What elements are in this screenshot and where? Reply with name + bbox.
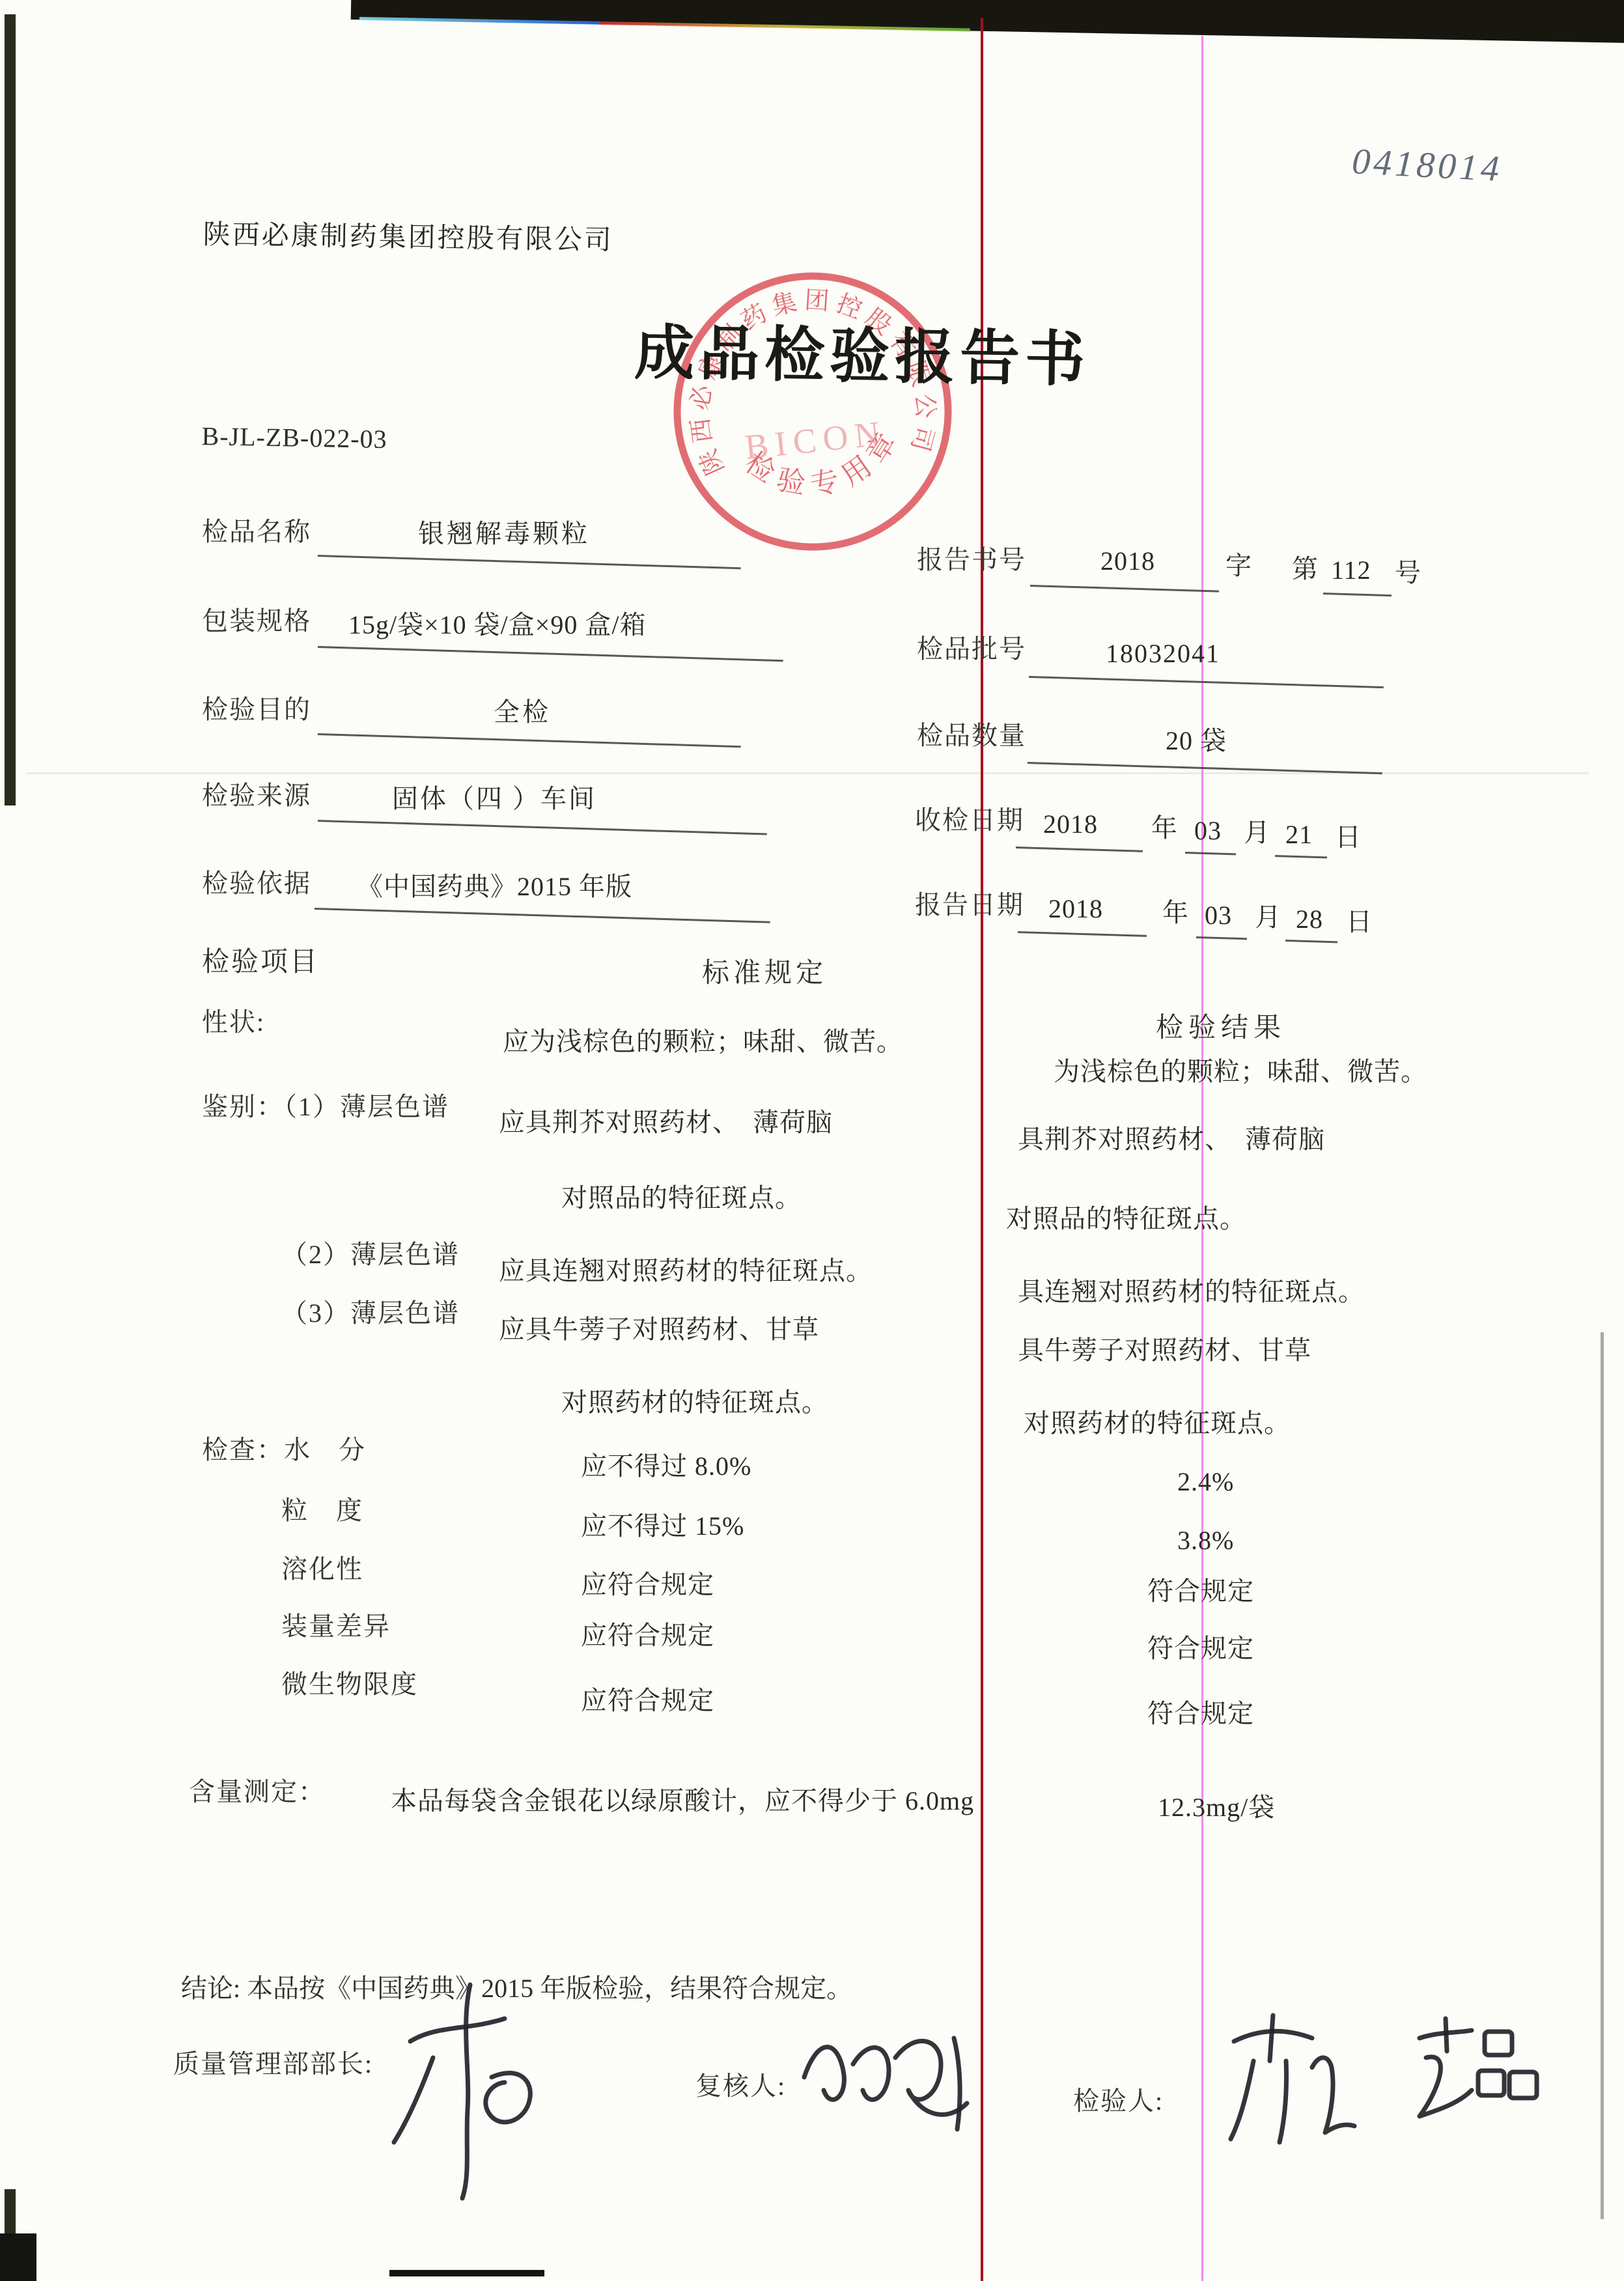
underline: [1323, 593, 1392, 596]
report-no-num: 112: [1331, 556, 1371, 585]
row-item: 粒 度: [281, 1496, 363, 1525]
field-label-pack-spec: 包装规格: [202, 607, 311, 636]
row-std: 应具牛蒡子对照药材、甘草: [499, 1315, 819, 1344]
row-result: 3.8%: [1177, 1526, 1234, 1555]
company-name: 陕西必康制药集团控股有限公司: [203, 220, 613, 256]
field-value-quantity: 20 袋: [1166, 727, 1227, 755]
reported-y: 年: [1162, 899, 1189, 927]
row-std: 应符合规定: [581, 1621, 714, 1650]
underline: [1185, 852, 1236, 855]
qm-director-label: 质量管理部部长:: [173, 2050, 373, 2078]
row-result-line2: 对照品的特征斑点。: [1006, 1205, 1246, 1233]
row-std-line2: 对照品的特征斑点。: [561, 1184, 802, 1212]
received-month: 03: [1194, 817, 1222, 845]
field-label-sample-name: 检品名称: [202, 518, 311, 546]
row-item: 微生物限度: [281, 1670, 418, 1699]
field-value-batch-no: 18032041: [1106, 639, 1220, 668]
handwritten-number: 0418014: [1351, 142, 1504, 190]
underline: [318, 733, 741, 748]
underline: [1285, 940, 1337, 943]
row-std: 应不得过 15%: [581, 1512, 744, 1541]
field-label-test-source: 检验来源: [202, 781, 311, 810]
scan-magenta-streak-line: [1201, 36, 1203, 2281]
scan-bottom-center-mark: [389, 2270, 544, 2276]
received-m: 月: [1244, 819, 1270, 847]
field-label-report-no: 报告书号: [917, 546, 1026, 574]
row-item: 溶化性: [281, 1555, 363, 1584]
field-value-test-source: 固体（四 ）车间: [392, 785, 596, 813]
underline: [1018, 931, 1147, 937]
row-item: 含量测定：: [189, 1778, 326, 1806]
row-result-line2: 对照药材的特征斑点。: [1024, 1409, 1291, 1438]
field-label-received-date: 收检日期: [915, 806, 1024, 835]
table-header-standard: 标准规定: [702, 959, 827, 988]
inspector-label: 检验人:: [1073, 2087, 1164, 2116]
scan-bottom-left-corner-mark: [0, 2233, 36, 2281]
reported-day: 28: [1296, 905, 1323, 934]
row-result: 符合规定: [1147, 1634, 1254, 1663]
report-no-hao: 号: [1395, 559, 1421, 587]
doc-code: B-JL-ZB-022-03: [201, 422, 387, 454]
row-result: 2.4%: [1177, 1468, 1234, 1496]
row-std: 应符合规定: [581, 1571, 714, 1599]
inspection-stamp: 陕西必康制药集团控股有限公司 BICON 检验专用章: [648, 247, 977, 576]
reported-year: 2018: [1048, 895, 1103, 923]
row-std: 应符合规定: [581, 1686, 714, 1715]
row-result: 为浅棕色的颗粒；味甜、微苦。: [1054, 1057, 1427, 1086]
field-label-test-purpose: 检验目的: [202, 695, 311, 724]
row-result: 12.3mg/袋: [1158, 1793, 1275, 1822]
row-result: 具牛蒡子对照药材、甘草: [1018, 1336, 1311, 1365]
row-item: 装量差异: [281, 1612, 391, 1641]
received-d: 日: [1335, 823, 1362, 852]
field-label-quantity: 检品数量: [917, 721, 1026, 750]
table-header-result: 检验结果: [1156, 1013, 1286, 1043]
row-std: 应不得过 8.0%: [581, 1452, 751, 1481]
row-result: 具荆芥对照药材、 薄荷脑: [1018, 1125, 1325, 1154]
underline: [1196, 936, 1247, 940]
field-label-test-basis: 检验依据: [202, 869, 311, 898]
row-item: 鉴别：（1）薄层色谱: [202, 1093, 449, 1121]
reported-month: 03: [1205, 901, 1232, 930]
row-result: 具连翘对照药材的特征斑点。: [1018, 1278, 1365, 1306]
row-std: 应具连翘对照药材的特征斑点。: [499, 1257, 873, 1285]
conclusion-label: 结论:: [181, 1974, 240, 2003]
scan-right-edge-line: [1601, 1332, 1604, 2219]
received-y: 年: [1151, 814, 1178, 843]
report-no-zi: 字: [1225, 552, 1252, 580]
received-year: 2018: [1043, 810, 1098, 839]
underline: [1275, 855, 1327, 858]
report-no-year: 2018: [1100, 547, 1155, 576]
row-std: 本品每袋含金银花以绿原酸计，应不得少于 6.0mg: [391, 1787, 974, 1815]
qm-director-signature: [371, 1980, 553, 2201]
underline: [1029, 676, 1384, 688]
reported-m: 月: [1255, 903, 1281, 932]
field-value-test-basis: 《中国药典》2015 年版: [357, 873, 632, 901]
underline: [1016, 847, 1143, 852]
row-result: 符合规定: [1147, 1700, 1254, 1728]
report-no-di: 第: [1292, 555, 1319, 583]
inspector-signature-2: [1400, 2012, 1550, 2142]
reviewer-signature: [791, 1999, 987, 2142]
underline: [318, 820, 767, 835]
row-item: （2）薄层色谱: [281, 1240, 460, 1269]
field-label-batch-no: 检品批号: [917, 635, 1026, 664]
reviewer-label: 复核人:: [695, 2072, 786, 2101]
row-std: 应为浅棕色的颗粒；味甜、微苦。: [503, 1028, 903, 1056]
field-value-sample-name: 银翘解毒颗粒: [418, 520, 590, 548]
row-std: 应具荆芥对照药材、 薄荷脑: [499, 1108, 833, 1137]
scanned-inspection-report: { "page": { "company": "陕西必康制药集团控股有限公司",…: [0, 0, 1624, 2281]
underline: [318, 646, 783, 662]
inspector-signature-1: [1214, 2002, 1371, 2152]
field-label-report-date: 报告日期: [915, 891, 1024, 919]
field-value-pack-spec: 15g/袋×10 袋/盒×90 盒/箱: [348, 611, 646, 639]
underline: [315, 908, 770, 923]
row-item: （3）薄层色谱: [281, 1299, 460, 1328]
row-result: 符合规定: [1147, 1577, 1254, 1606]
page-title: 成品检验报告书: [634, 320, 1091, 393]
underline: [1030, 585, 1219, 593]
row-std-line2: 对照药材的特征斑点。: [561, 1388, 828, 1417]
row-item: 性状:: [202, 1008, 265, 1037]
reported-d: 日: [1346, 908, 1373, 936]
field-value-test-purpose: 全检: [494, 698, 551, 727]
table-header-item: 检验项目: [202, 947, 319, 977]
scan-left-edge-band: [5, 14, 16, 805]
row-item: 检查：水 分: [202, 1436, 366, 1464]
received-day: 21: [1285, 820, 1313, 849]
